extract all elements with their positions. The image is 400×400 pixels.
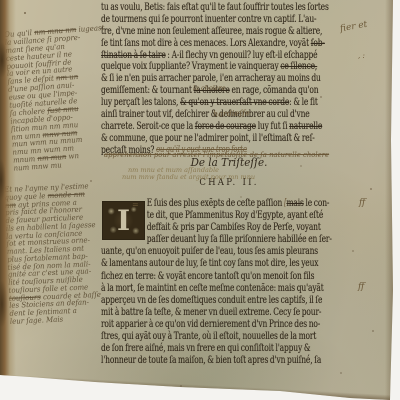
handwritten-interlinear-line: apprehension pour arrester l'impetuoſité… bbox=[104, 150, 329, 159]
handwritten-marginalia-top: Ou qu'il nm mnu nm iugeastla vaillance ſ… bbox=[4, 24, 114, 173]
printed-text-chapter-2: E ſuis des plus exẽpts de ceſte paſſion … bbox=[101, 198, 357, 367]
bottom-page-edge-shadow bbox=[0, 374, 400, 400]
scanned-book-page: tu as voulu, Betis: fais eſtat qu'il te … bbox=[0, 0, 400, 400]
torn-left-page-edge bbox=[0, 0, 16, 400]
handwritten-interlinear-colere: la cholere bbox=[193, 84, 226, 92]
right-page-edge-shadow bbox=[385, 0, 393, 400]
handwritten-marginalia-bottom: Et ne l'ayme ny l'estimequoy que le mond… bbox=[4, 182, 110, 326]
margin-punctuation-marks: , : bbox=[358, 52, 365, 60]
margin-ff-mark-1: ff bbox=[359, 198, 365, 208]
paper-page: tu as voulu, Betis: fais eſtat qu'il te … bbox=[0, 0, 400, 400]
handwritten-correction-hardiesse: hardieſſe bbox=[213, 108, 250, 118]
printed-text-end-of-chapter-1: tu as voulu, Betis: fais eſtat qu'il te … bbox=[101, 2, 357, 157]
handwritten-scrawl-under-title-2: num mnw ſtandu et arguit pour mn mnu bbox=[122, 173, 255, 181]
insertion-dash-mark: = bbox=[132, 200, 139, 209]
margin-ff-mark-2: ff bbox=[358, 282, 364, 292]
